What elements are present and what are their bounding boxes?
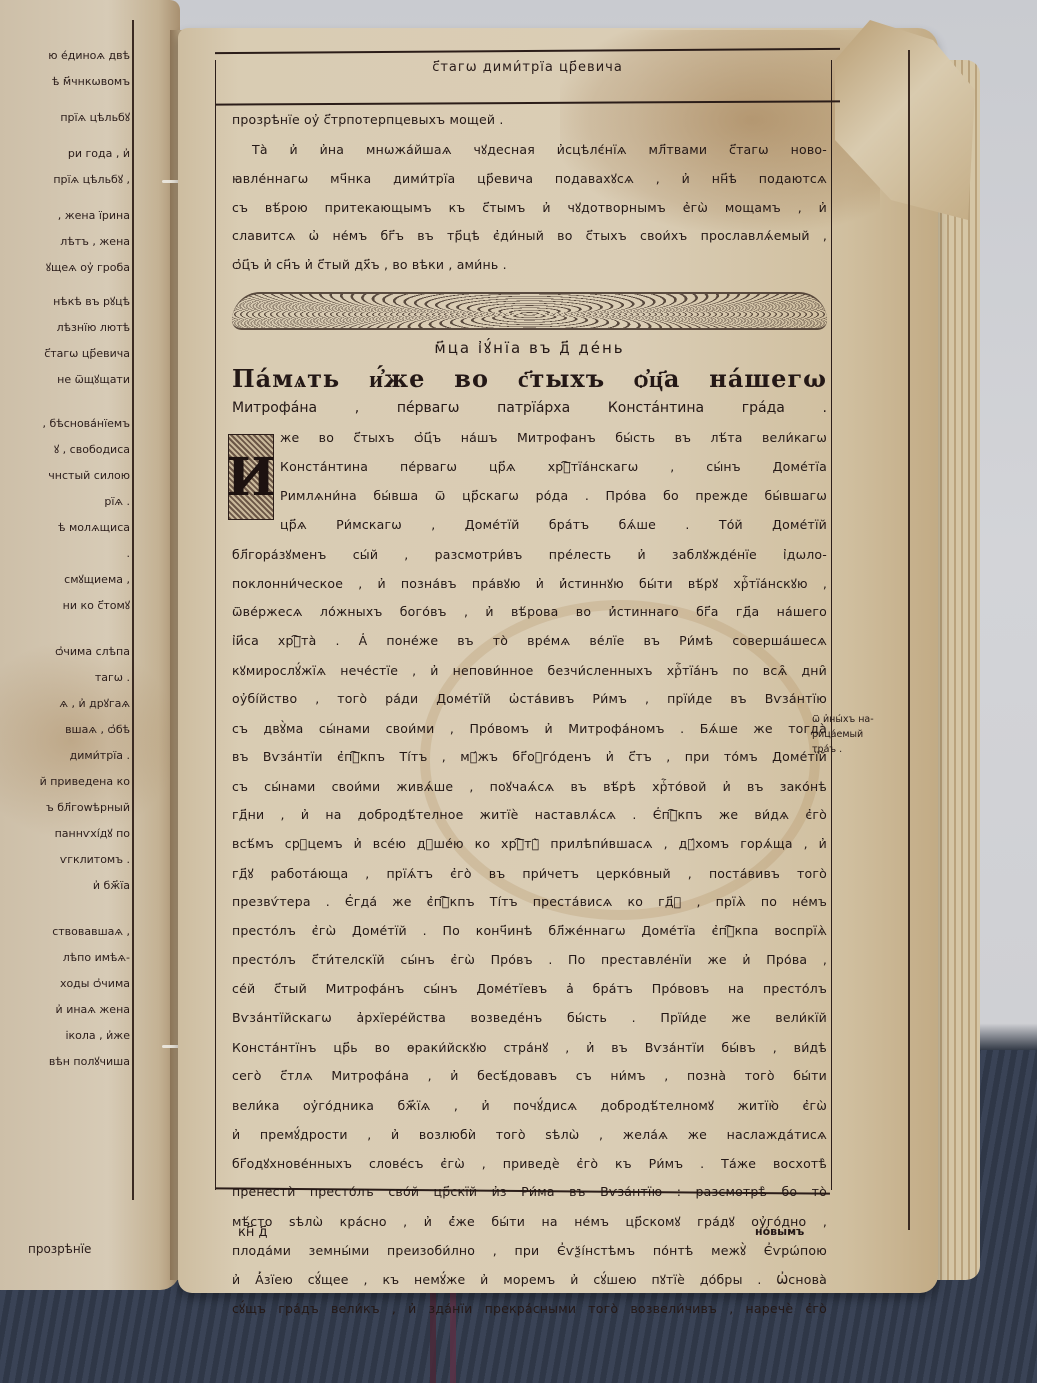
- text-line: , жена ї҆рина: [0, 210, 130, 236]
- chapter-title: Па́мѧть и҆́же во с҃тыхъ ѻ҆ц҃а на́шегω: [232, 364, 827, 400]
- text-line: чнстый силою: [0, 470, 130, 496]
- text-line: ѧ , и҆ дрꙋгаѧ: [0, 698, 130, 724]
- text-line: бг҃одꙋхнове́нныхъ слове́съ є҆гѡ̀ , приве…: [232, 1155, 827, 1184]
- text-line: поклонни́ческое , и҆ позна́въ пра́вꙋю и҆…: [232, 575, 827, 604]
- text-line: престо́лъ с҃ти́телскїй сы́нъ є҆гѡ̀ Про́в…: [232, 952, 827, 981]
- initial-paragraph: И же во с҃тыхъ ѻ҆ц҃ъ на́шъ Митрофанъ бы́…: [232, 430, 827, 546]
- text-line: гд҃ни , и҆ на добродѣ́телное житїѐ наста…: [232, 807, 827, 836]
- text-line: ѣ м҃чнкωвомъ: [0, 76, 130, 102]
- text-line: цр҃ѧ Ри́мскагω , Доме́тїй бра́тъ бѧ́ше .…: [232, 517, 827, 546]
- outer-margin-rule: [908, 50, 910, 1230]
- marginal-note-line: ѿ и҆ны́хъ на-: [812, 712, 874, 727]
- text-line: ѻ҆ц҃ъ и҆ сн҃ъ и҆ с҃тый дх҃ъ , во вѣки , …: [232, 257, 827, 286]
- text-line: ꙗвле́ннагω мч҃нка дими́трїа цр҃евича под…: [232, 170, 827, 199]
- text-line: рїѧ .: [0, 496, 130, 522]
- left-page-margin-rule: [132, 20, 134, 1200]
- text-line: съ вѣ́рою притекающымъ къ с҃тымъ и҆ чꙋдо…: [232, 199, 827, 228]
- text-line: ни ко с҃томꙋ: [0, 600, 130, 626]
- text-line: прїѧ цѣльбꙋ ,: [0, 174, 130, 200]
- text-line: лѣтъ , жена: [0, 236, 130, 262]
- text-line: с҃тагω цр҃евича: [0, 348, 130, 374]
- text-line: ꙋ , свободиса: [0, 444, 130, 470]
- text-line: прозрѣнїе оу҆ с҃трпотерпцевыхъ мощей .: [232, 112, 827, 141]
- text-line: ѣ молѧщиса: [0, 522, 130, 548]
- text-line: се́й с҃тый Митрофа́нъ сы́нъ Доме́тїевъ а…: [232, 981, 827, 1010]
- decorated-drop-cap: И: [228, 434, 274, 520]
- text-line: і҆и҃са хрⷭ҇та̀ . А҆ поне́же въ то̀ вре́м…: [232, 633, 827, 662]
- main-text-block: прозрѣнїе оу҆ с҃трпотерпцевыхъ мощей . Т…: [232, 112, 827, 1329]
- text-line: Конста́нтина пе́рвагω цр҃ѧ хрⷭ҇тїа́нскаг…: [232, 459, 827, 488]
- text-line: лѣзнїю лютѣ: [0, 322, 130, 348]
- feast-date: м҃ца і҆ꙋ́нїа въ д҃ де́нь: [232, 338, 827, 364]
- text-line: , бѣснова́нїемъ: [0, 418, 130, 444]
- text-line: ѿве́ржесѧ ло́жныхъ бого́въ , и҆ вѣ́рова …: [232, 604, 827, 633]
- text-line: и҆ А҆́зїею сꙋ́щее , къ немꙋ́же и҆ моремъ…: [232, 1271, 827, 1300]
- photo-scene: ю е́диноѧ двѣ ѣ м҃чнкωвомъ прїѧ цѣльбꙋ р…: [0, 0, 1037, 1383]
- text-line: дими́трїа .: [0, 750, 130, 776]
- text-line: бл҃гора́зꙋменъ сы́й , разсмотри́въ пре́л…: [232, 546, 827, 575]
- text-line: ю е́диноѧ двѣ: [0, 50, 130, 76]
- text-line: и҆ премꙋ́дрости , и҆ возлюбѝ того̀ ѕѣлѡ̀…: [232, 1126, 827, 1155]
- marginal-note-line: рица́емый: [812, 727, 874, 742]
- text-line: прїѧ цѣльбꙋ: [0, 112, 130, 138]
- left-page: ю е́диноѧ двѣ ѣ м҃чнкωвомъ прїѧ цѣльбꙋ р…: [0, 0, 180, 1290]
- text-line: кꙋмирослꙋ́жїѧ нече́стїе , и҆ непови́нное…: [232, 662, 827, 691]
- running-head: с҃тагω дими́трїа цр҃евича: [215, 60, 840, 75]
- text-line: мѣ́сто ѕѣлѡ̀ кра́сно , и҆ є҆́же бы́ти на…: [232, 1213, 827, 1242]
- catchword: но́вымъ: [755, 1225, 804, 1238]
- text-line: ѻ҆чима слѣпа: [0, 646, 130, 672]
- text-line: презвѵ́тера . Є҆гда́ же є҆пⷭ҇кпъ Ті́тъ п…: [232, 894, 827, 923]
- text-line: престо́лъ є҆гѡ̀ Доме́тїй . По конч҃инѣ б…: [232, 923, 827, 952]
- text-line: ікола , и҆же: [0, 1030, 130, 1056]
- text-line: Вѵза́нтїйскагω а҆рхїере́йства возведе́нъ…: [232, 1010, 827, 1039]
- text-line: и҆ бж҃їа: [0, 880, 130, 906]
- text-line: и҆ инаѧ жена: [0, 1004, 130, 1030]
- text-line: пренестѝ престо́лъ сво́й цр҃скїй и҆з Ри́…: [232, 1184, 827, 1213]
- chapter-subtitle: Митрофа́на , пе́рвагω патрїа́рха Конста́…: [232, 400, 827, 430]
- text-line: съ сы́нами свои́ми живѧ́ше , поꙋчаѧ́сѧ в…: [232, 778, 827, 807]
- text-line: лѣпо имѣѧ-: [0, 952, 130, 978]
- text-line: ъ бл҃гоwѣрный: [0, 802, 130, 828]
- signature-mark: кн҃ д҃: [238, 1225, 267, 1240]
- text-line: ри года , и҆: [0, 148, 130, 174]
- text-line: смꙋщиема ,: [0, 574, 130, 600]
- text-line: же во с҃тыхъ ѻ҆ц҃ъ на́шъ Митрофанъ бы́ст…: [232, 430, 827, 459]
- text-line: съ двꙋ̀ма сы́нами свои́ми , Про́вомъ и҆ …: [232, 720, 827, 749]
- text-line: гд҃ꙋ работа́юща , прїѧ́тъ є҆го̀ въ при́ч…: [232, 865, 827, 894]
- left-page-catchword: прозрѣнїе: [28, 1242, 91, 1256]
- text-line: вѣн полꙋчиша: [0, 1056, 130, 1082]
- text-line: Римлѧни́на бы́вша ѿ цр҃скагω ро́да . Про…: [232, 488, 827, 517]
- headpiece-ornament: [232, 292, 827, 330]
- text-line: ствовавшаѧ ,: [0, 926, 130, 952]
- text-line: сꙋ́щъ гра́дъ вели́къ , и҆ зда́нїи прекра…: [232, 1300, 827, 1329]
- marginal-note: ѿ и҆ны́хъ на- рица́емый тра́ъ .: [812, 712, 874, 758]
- text-line: сего̀ с҃тлѧ Митрофа́на , и҆ бесѣ́довавъ …: [232, 1068, 827, 1097]
- text-line: паннѵхі́дꙋ по: [0, 828, 130, 854]
- text-line: .: [0, 548, 130, 574]
- text-line: вшаѧ , ѻ҆бѣ: [0, 724, 130, 750]
- text-line: всѣ́мъ срⷣцемъ и҆ все́ю дꙋше́ю ко хрⷭ҇тꙋ…: [232, 836, 827, 865]
- text-line: Та̀ и҆ и҆на мнωжа́йшаѧ чꙋдесная и҆сцѣлє́…: [232, 141, 827, 170]
- text-line: тагω .: [0, 672, 130, 698]
- text-line: ходы ѻ҆чима: [0, 978, 130, 1004]
- marginal-note-line: тра́ъ .: [812, 742, 874, 757]
- text-line: не ѿщꙋщати: [0, 374, 130, 400]
- text-line: въ Вѵза́нтїи є҆пⷭ҇кпъ Ті́тъ , мꙋ́жъ бг҃о…: [232, 749, 827, 778]
- text-line: ꙋщеѧ оу҆ гроба: [0, 262, 130, 288]
- text-line: й приведена ко: [0, 776, 130, 802]
- text-line: нѣкѣ въ рꙋцѣ: [0, 296, 130, 322]
- text-line: славитсѧ ѡ҆ не́мъ бг҃ъ въ тр҃цѣ є҆ди́ный…: [232, 228, 827, 257]
- text-line: Конста́нтїнъ цр҃ь во ѳраки́йскꙋю стра́нꙋ…: [232, 1039, 827, 1068]
- left-page-text: ю е́диноѧ двѣ ѣ м҃чнкωвомъ прїѧ цѣльбꙋ р…: [0, 50, 130, 1082]
- text-line: плода́ми земны́ми преизоби́лно , при Є҆ѵ…: [232, 1242, 827, 1271]
- text-line: ѵгклитомъ .: [0, 854, 130, 880]
- text-line: вели́ка оу҆го́дника бж҃їѧ , и҆ почꙋ́дисѧ…: [232, 1097, 827, 1126]
- text-line: оу҆бі́йство , того̀ ра́ди Доме́тїй ѡ҆ста…: [232, 691, 827, 720]
